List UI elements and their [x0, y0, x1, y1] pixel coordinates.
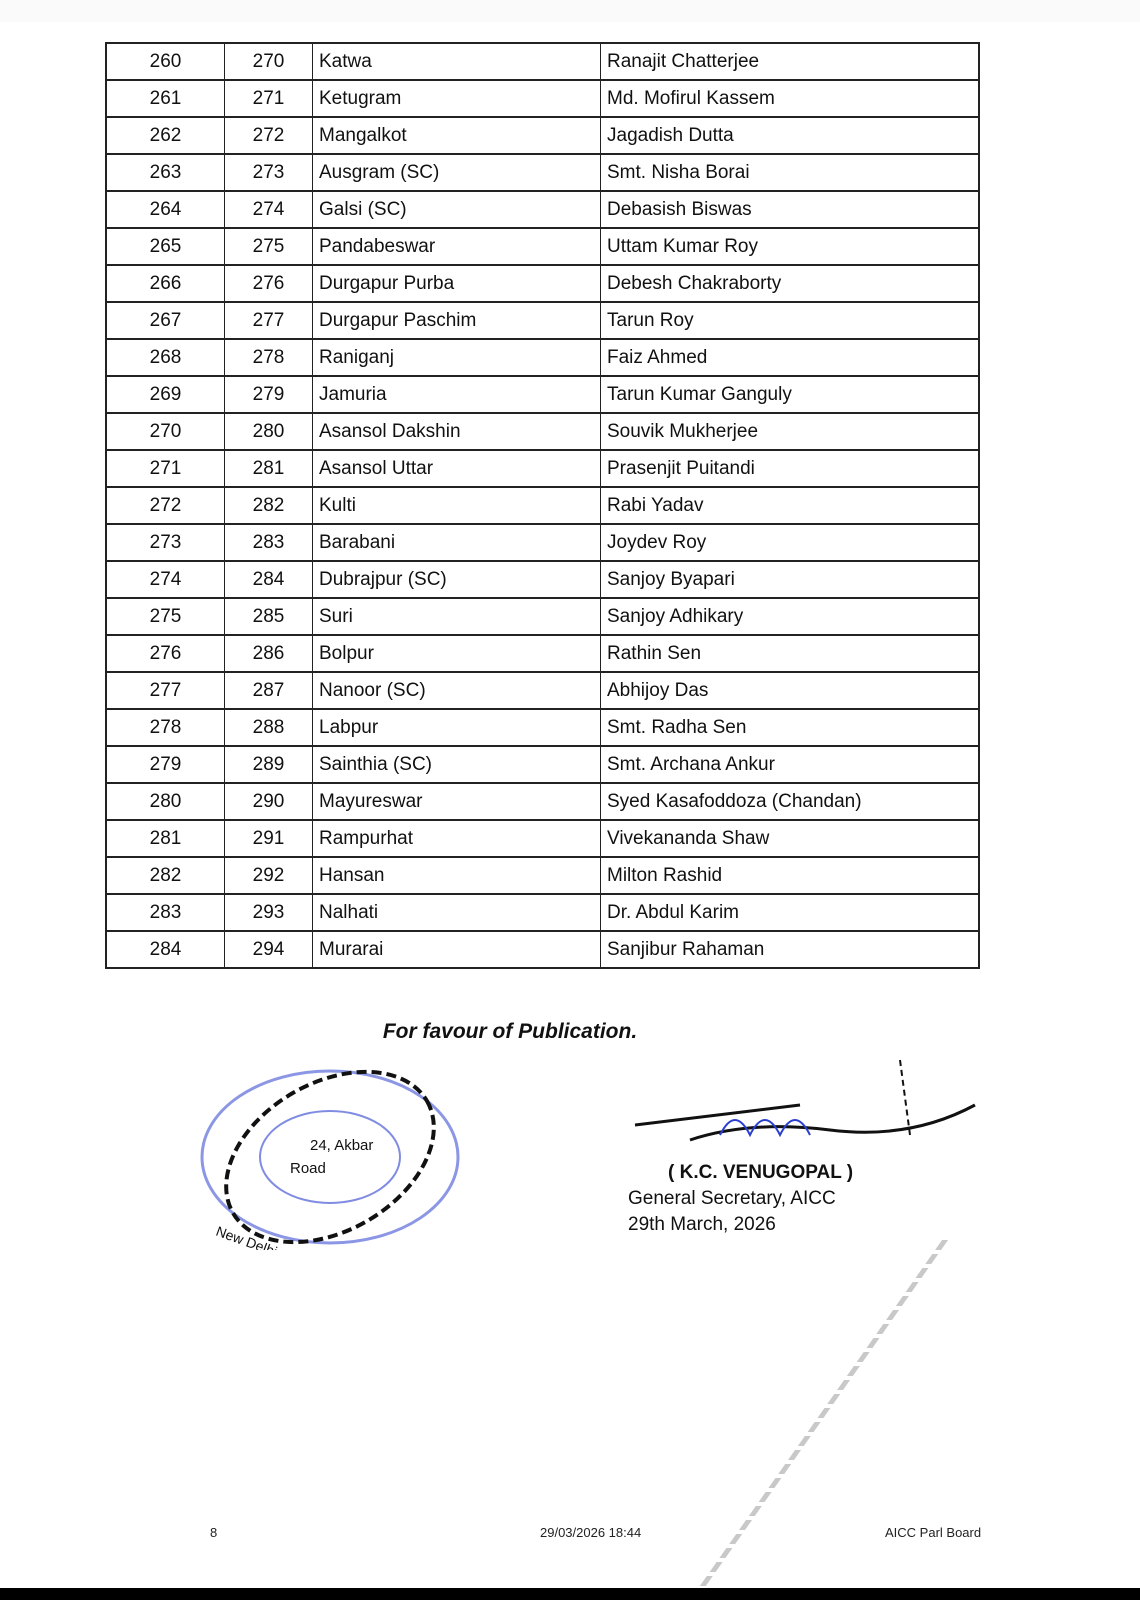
constituency-cell: Sainthia (SC)	[313, 746, 601, 783]
constituency-cell: Pandabeswar	[313, 228, 601, 265]
ac-number-cell: 275	[225, 228, 313, 265]
seal-line-2: Road	[290, 1160, 326, 1177]
serial-number-cell: 273	[106, 524, 225, 561]
constituency-cell: Raniganj	[313, 339, 601, 376]
candidate-cell: Rathin Sen	[601, 635, 980, 672]
constituency-cell: Kulti	[313, 487, 601, 524]
candidate-cell: Sanjoy Adhikary	[601, 598, 980, 635]
scan-bottom-bar	[0, 1588, 1140, 1600]
table-row: 279289Sainthia (SC)Smt. Archana Ankur	[106, 746, 979, 783]
candidate-cell: Tarun Roy	[601, 302, 980, 339]
serial-number-cell: 263	[106, 154, 225, 191]
table-row: 263273Ausgram (SC)Smt. Nisha Borai	[106, 154, 979, 191]
table-row: 278288LabpurSmt. Radha Sen	[106, 709, 979, 746]
ac-number-cell: 293	[225, 894, 313, 931]
publication-caption: For favour of Publication.	[0, 1020, 1020, 1044]
candidate-cell: Sanjoy Byapari	[601, 561, 980, 598]
table-row: 266276Durgapur PurbaDebesh Chakraborty	[106, 265, 979, 302]
table-row: 262272MangalkotJagadish Dutta	[106, 117, 979, 154]
serial-number-cell: 279	[106, 746, 225, 783]
ac-number-cell: 292	[225, 857, 313, 894]
ac-number-cell: 277	[225, 302, 313, 339]
ac-number-cell: 290	[225, 783, 313, 820]
constituency-cell: Asansol Uttar	[313, 450, 601, 487]
ac-number-cell: 283	[225, 524, 313, 561]
serial-number-cell: 267	[106, 302, 225, 339]
ac-number-cell: 280	[225, 413, 313, 450]
serial-number-cell: 278	[106, 709, 225, 746]
table-row: 270280Asansol DakshinSouvik Mukherjee	[106, 413, 979, 450]
ac-number-cell: 272	[225, 117, 313, 154]
seal-line-1: 24, Akbar	[310, 1137, 373, 1154]
constituency-cell: Jamuria	[313, 376, 601, 413]
ac-number-cell: 291	[225, 820, 313, 857]
signature-icon	[630, 1050, 990, 1160]
serial-number-cell: 276	[106, 635, 225, 672]
candidate-cell: Souvik Mukherjee	[601, 413, 980, 450]
serial-number-cell: 271	[106, 450, 225, 487]
candidate-cell: Smt. Nisha Borai	[601, 154, 980, 191]
ac-number-cell: 289	[225, 746, 313, 783]
ac-number-cell: 273	[225, 154, 313, 191]
serial-number-cell: 260	[106, 43, 225, 80]
candidate-cell: Jagadish Dutta	[601, 117, 980, 154]
serial-number-cell: 269	[106, 376, 225, 413]
ac-number-cell: 282	[225, 487, 313, 524]
constituency-cell: Bolpur	[313, 635, 601, 672]
signatory-block: ( K.C. VENUGOPAL ) General Secretary, AI…	[628, 1160, 853, 1238]
ac-number-cell: 287	[225, 672, 313, 709]
serial-number-cell: 265	[106, 228, 225, 265]
ac-number-cell: 284	[225, 561, 313, 598]
table-row: 284294MuraraiSanjibur Rahaman	[106, 931, 979, 968]
serial-number-cell: 262	[106, 117, 225, 154]
serial-number-cell: 261	[106, 80, 225, 117]
serial-number-cell: 266	[106, 265, 225, 302]
constituency-cell: Galsi (SC)	[313, 191, 601, 228]
footer-department: AICC Parl Board	[885, 1525, 981, 1540]
table-row: 276286BolpurRathin Sen	[106, 635, 979, 672]
ac-number-cell: 285	[225, 598, 313, 635]
constituency-cell: Suri	[313, 598, 601, 635]
serial-number-cell: 275	[106, 598, 225, 635]
ac-number-cell: 271	[225, 80, 313, 117]
table-row: 271281Asansol UttarPrasenjit Puitandi	[106, 450, 979, 487]
candidate-cell: Dr. Abdul Karim	[601, 894, 980, 931]
table-row: 281291RampurhatVivekananda Shaw	[106, 820, 979, 857]
constituency-cell: Dubrajpur (SC)	[313, 561, 601, 598]
footer-timestamp: 29/03/2026 18:44	[540, 1525, 641, 1540]
ac-number-cell: 288	[225, 709, 313, 746]
constituency-cell: Mayureswar	[313, 783, 601, 820]
candidate-table: 260270KatwaRanajit Chatterjee261271Ketug…	[105, 42, 980, 969]
candidate-cell: Tarun Kumar Ganguly	[601, 376, 980, 413]
candidate-cell: Joydev Roy	[601, 524, 980, 561]
table-row: 275285SuriSanjoy Adhikary	[106, 598, 979, 635]
constituency-cell: Rampurhat	[313, 820, 601, 857]
table-row: 280290MayureswarSyed Kasafoddoza (Chanda…	[106, 783, 979, 820]
constituency-cell: Mangalkot	[313, 117, 601, 154]
constituency-cell: Murarai	[313, 931, 601, 968]
candidate-cell: Debesh Chakraborty	[601, 265, 980, 302]
scan-artifact	[690, 1240, 948, 1600]
serial-number-cell: 264	[106, 191, 225, 228]
serial-number-cell: 274	[106, 561, 225, 598]
candidate-cell: Milton Rashid	[601, 857, 980, 894]
constituency-cell: Barabani	[313, 524, 601, 561]
serial-number-cell: 284	[106, 931, 225, 968]
candidate-cell: Syed Kasafoddoza (Chandan)	[601, 783, 980, 820]
serial-number-cell: 280	[106, 783, 225, 820]
serial-number-cell: 268	[106, 339, 225, 376]
ac-number-cell: 278	[225, 339, 313, 376]
candidate-cell: Uttam Kumar Roy	[601, 228, 980, 265]
candidate-cell: Prasenjit Puitandi	[601, 450, 980, 487]
serial-number-cell: 270	[106, 413, 225, 450]
constituency-cell: Ausgram (SC)	[313, 154, 601, 191]
constituency-cell: Katwa	[313, 43, 601, 80]
signatory-name: ( K.C. VENUGOPAL )	[628, 1160, 853, 1186]
signatory-title: General Secretary, AICC	[628, 1186, 853, 1212]
constituency-cell: Nalhati	[313, 894, 601, 931]
candidate-cell: Abhijoy Das	[601, 672, 980, 709]
table-row: 260270KatwaRanajit Chatterjee	[106, 43, 979, 80]
ac-number-cell: 294	[225, 931, 313, 968]
candidate-cell: Md. Mofirul Kassem	[601, 80, 980, 117]
scan-top-band	[0, 0, 1140, 22]
table-row: 277287Nanoor (SC)Abhijoy Das	[106, 672, 979, 709]
table-row: 267277Durgapur PaschimTarun Roy	[106, 302, 979, 339]
table-row: 283293NalhatiDr. Abdul Karim	[106, 894, 979, 931]
serial-number-cell: 277	[106, 672, 225, 709]
table-row: 274284Dubrajpur (SC)Sanjoy Byapari	[106, 561, 979, 598]
candidate-cell: Debasish Biswas	[601, 191, 980, 228]
candidate-cell: Ranajit Chatterjee	[601, 43, 980, 80]
constituency-cell: Nanoor (SC)	[313, 672, 601, 709]
table-row: 269279JamuriaTarun Kumar Ganguly	[106, 376, 979, 413]
table-row: 273283BarabaniJoydev Roy	[106, 524, 979, 561]
ac-number-cell: 281	[225, 450, 313, 487]
footer-page-number: 8	[210, 1525, 217, 1540]
ac-number-cell: 274	[225, 191, 313, 228]
candidate-cell: Sanjibur Rahaman	[601, 931, 980, 968]
constituency-cell: Durgapur Purba	[313, 265, 601, 302]
ac-number-cell: 279	[225, 376, 313, 413]
table-row: 265275PandabeswarUttam Kumar Roy	[106, 228, 979, 265]
constituency-cell: Ketugram	[313, 80, 601, 117]
ac-number-cell: 270	[225, 43, 313, 80]
serial-number-cell: 281	[106, 820, 225, 857]
serial-number-cell: 283	[106, 894, 225, 931]
candidate-cell: Faiz Ahmed	[601, 339, 980, 376]
candidate-table-container: 260270KatwaRanajit Chatterjee261271Ketug…	[105, 42, 980, 969]
constituency-cell: Hansan	[313, 857, 601, 894]
constituency-cell: Labpur	[313, 709, 601, 746]
ac-number-cell: 276	[225, 265, 313, 302]
table-row: 261271KetugramMd. Mofirul Kassem	[106, 80, 979, 117]
table-row: 272282KultiRabi Yadav	[106, 487, 979, 524]
table-row: 282292HansanMilton Rashid	[106, 857, 979, 894]
serial-number-cell: 272	[106, 487, 225, 524]
table-row: 264274Galsi (SC)Debasish Biswas	[106, 191, 979, 228]
signatory-date: 29th March, 2026	[628, 1212, 853, 1238]
candidate-cell: Vivekananda Shaw	[601, 820, 980, 857]
serial-number-cell: 282	[106, 857, 225, 894]
candidate-cell: Rabi Yadav	[601, 487, 980, 524]
candidate-cell: Smt. Radha Sen	[601, 709, 980, 746]
constituency-cell: Durgapur Paschim	[313, 302, 601, 339]
candidate-cell: Smt. Archana Ankur	[601, 746, 980, 783]
constituency-cell: Asansol Dakshin	[313, 413, 601, 450]
ac-number-cell: 286	[225, 635, 313, 672]
aicc-seal-icon: 24, Akbar Road New Delhi	[195, 1065, 465, 1250]
table-row: 268278RaniganjFaiz Ahmed	[106, 339, 979, 376]
